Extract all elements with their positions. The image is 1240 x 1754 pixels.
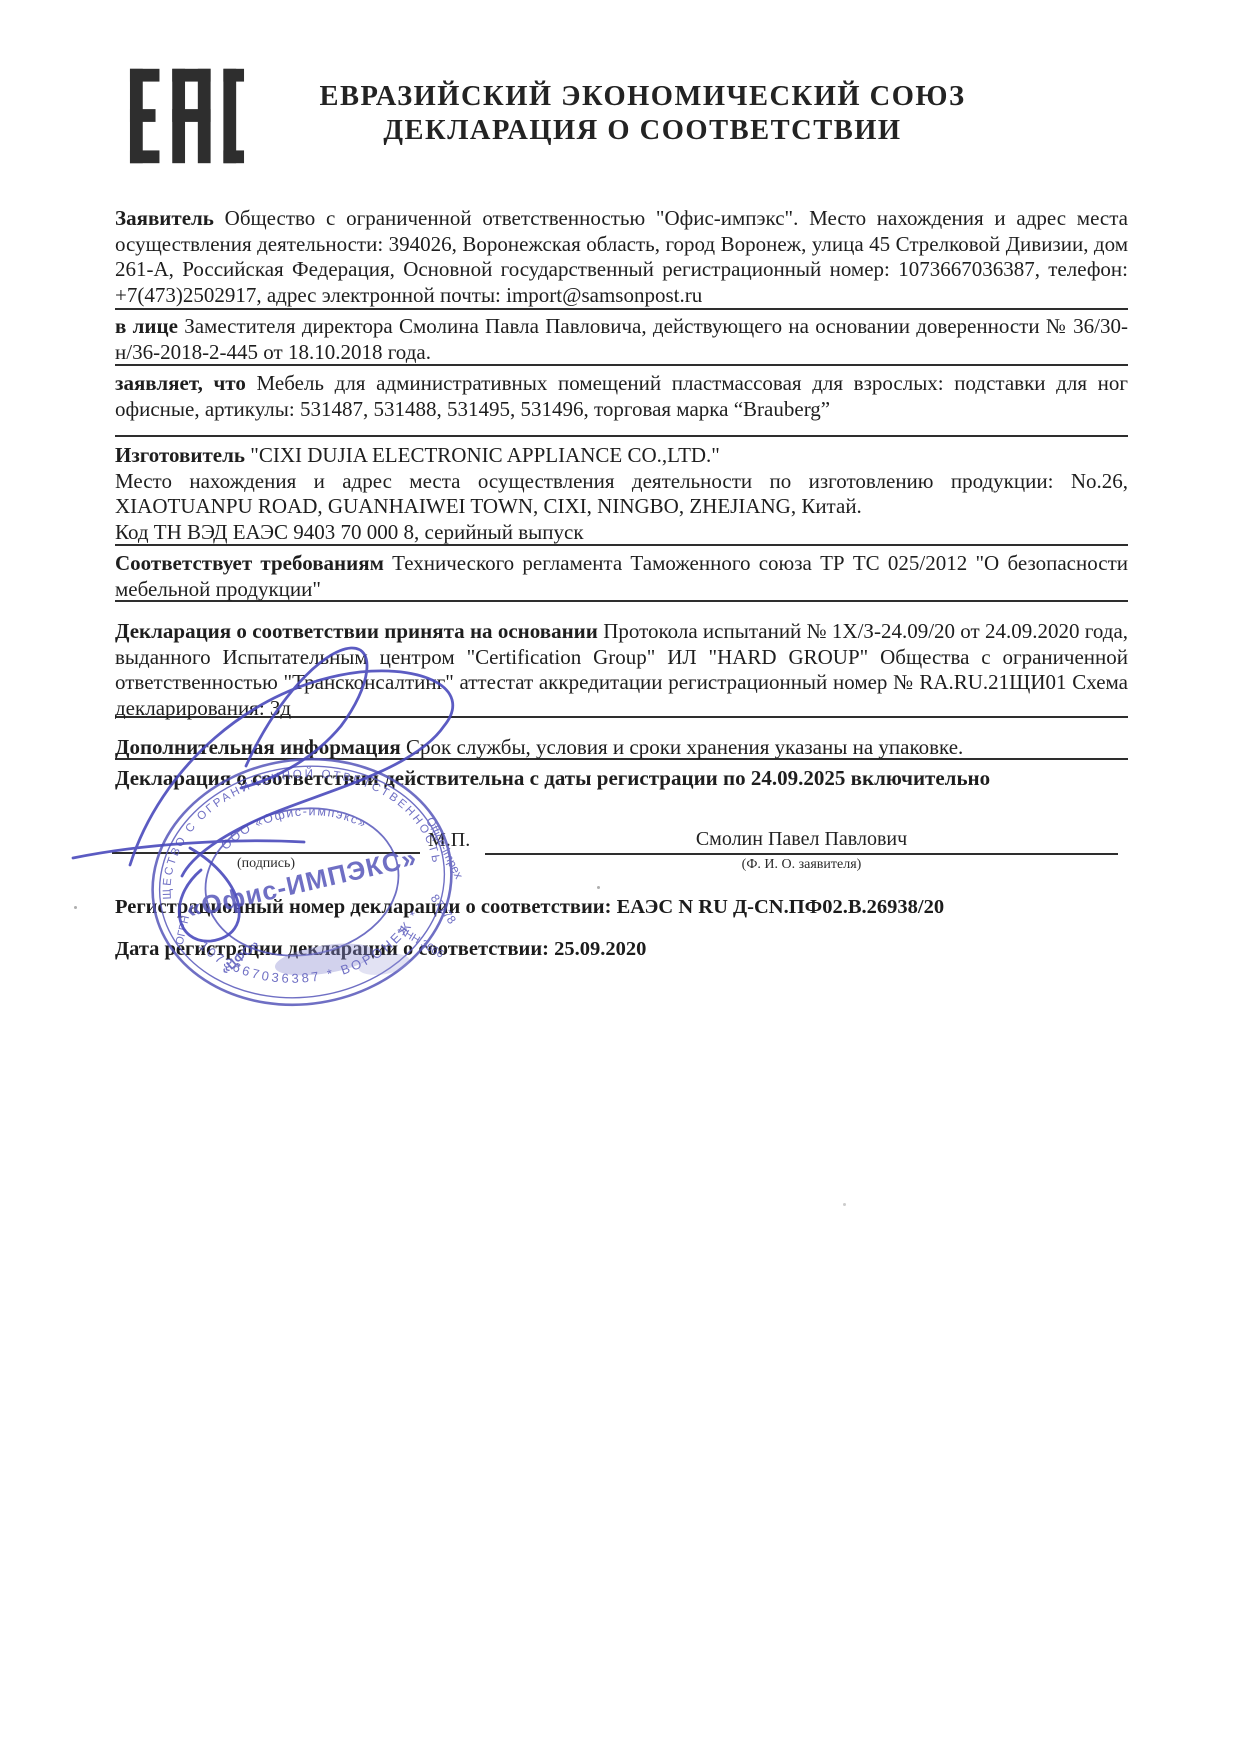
- scan-speck: [597, 886, 600, 889]
- declaration-document: ЕВРАЗИЙСКИЙ ЭКОНОМИЧЕСКИЙ СОЮЗ ДЕКЛАРАЦИ…: [0, 0, 1240, 1754]
- declares-text: Мебель для административных помещений пл…: [115, 371, 1128, 421]
- applicant-text: Общество с ограниченной ответственностью…: [115, 206, 1128, 307]
- scan-speck: [74, 906, 77, 909]
- section-manufacturer: Изготовитель "CIXI DUJIA ELECTRONIC APPL…: [115, 443, 1128, 546]
- manufacturer-name-line: Изготовитель "CIXI DUJIA ELECTRONIC APPL…: [115, 443, 1128, 469]
- manufacturer-address: Место нахождения и адрес места осуществл…: [115, 469, 1128, 520]
- declares-label: заявляет, что: [115, 371, 246, 395]
- document-title-line2: ДЕКЛАРАЦИЯ О СООТВЕТСТВИИ: [115, 114, 1170, 148]
- section-applicant: Заявитель Общество с ограниченной ответс…: [115, 206, 1128, 310]
- applicant-label: Заявитель: [115, 206, 214, 230]
- in-person-label: в лице: [115, 314, 178, 338]
- scan-speck: [843, 1203, 846, 1206]
- section-declares: заявляет, что Мебель для административны…: [115, 371, 1128, 437]
- manufacturer-name: "CIXI DUJIA ELECTRONIC APPLIANCE CO.,LTD…: [250, 443, 720, 467]
- manufacturer-label: Изготовитель: [115, 443, 245, 467]
- document-title: ЕВРАЗИЙСКИЙ ЭКОНОМИЧЕСКИЙ СОЮЗ ДЕКЛАРАЦИ…: [115, 80, 1170, 147]
- in-person-text: Заместителя директора Смолина Павла Павл…: [115, 314, 1128, 364]
- section-in-person: в лице Заместителя директора Смолина Пав…: [115, 314, 1128, 366]
- complies-label: Соответствует требованиям: [115, 551, 384, 575]
- svg-text:ООО «Офис-импэкс»: ООО «Офис-импэкс»: [214, 794, 371, 854]
- stamp-center-text: «Офис-ИМПЭКС»: [183, 842, 420, 924]
- registration-number-value: ЕАЭС N RU Д-CN.ПФ02.В.26938/20: [617, 896, 945, 918]
- document-title-line1: ЕВРАЗИЙСКИЙ ЭКОНОМИЧЕСКИЙ СОЮЗ: [115, 80, 1170, 114]
- stamp-inner-top-text: ООО «Офис-импэкс»: [214, 794, 371, 854]
- section-complies: Соответствует требованиям Технического р…: [115, 551, 1128, 602]
- company-stamp: ОБЩЕСТВО С ОГРАНИЧЕННОЙ ОТВЕТСТВЕННОСТЬЮ…: [70, 630, 610, 1050]
- tn-ved-code: Код ТН ВЭД ЕАЭС 9403 70 000 8, серийный …: [115, 520, 1128, 546]
